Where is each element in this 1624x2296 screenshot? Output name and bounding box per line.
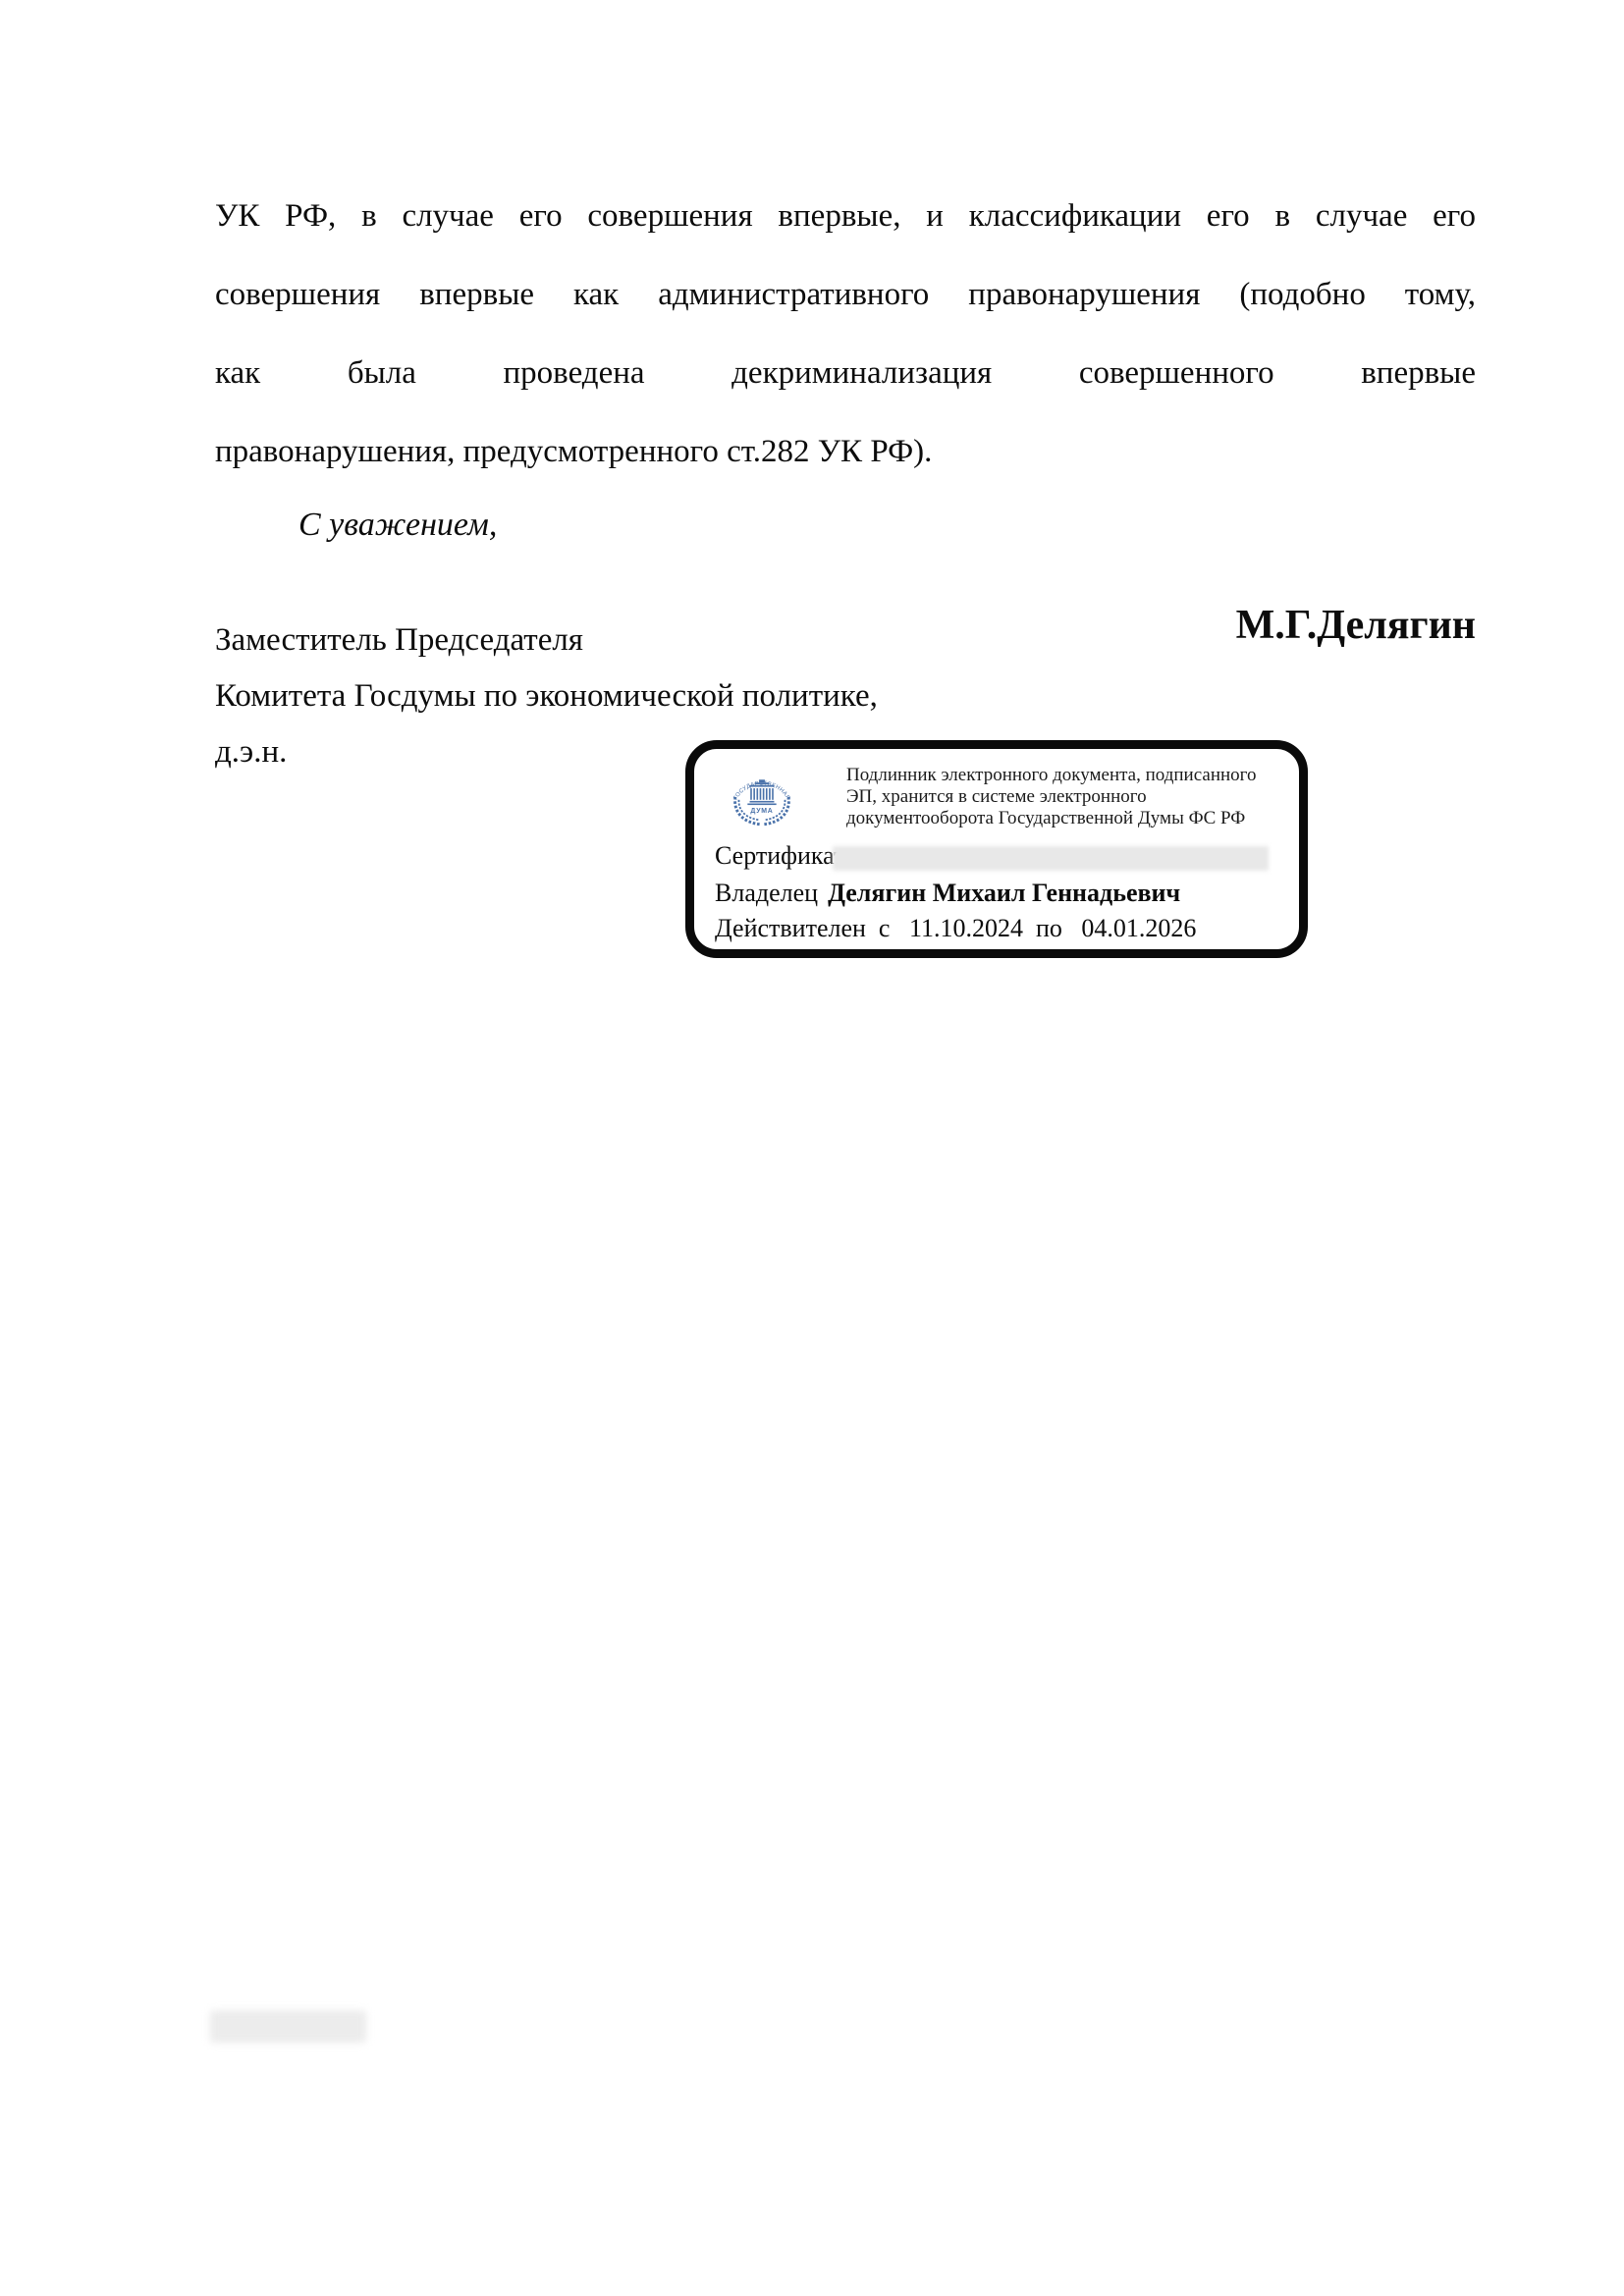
- stamp-description-line: ЭП, хранится в системе электронного: [846, 786, 1288, 808]
- stamp-description-line: Подлинник электронного документа, подпис…: [846, 765, 1288, 786]
- signer-name: М.Г.Делягин: [1083, 601, 1476, 650]
- validity-row: Действителен с 11.10.2024 по 04.01.2026: [715, 913, 1196, 944]
- letter-page: УК РФ, в случае его совершения впервые, …: [0, 0, 1624, 2296]
- signer-position-line: Заместитель Председателя: [215, 613, 1099, 668]
- owner-name: Делягин Михаил Геннадьевич: [828, 879, 1180, 907]
- body-line: правонарушения, предусмотренного ст.282 …: [215, 412, 1476, 491]
- redacted-text-blob: [210, 2010, 366, 2043]
- certificate-number-redacted: [833, 846, 1269, 871]
- owner-row: ВладелецДелягин Михаил Геннадьевич: [715, 878, 1180, 909]
- stamp-description: Подлинник электронного документа, подпис…: [846, 765, 1288, 829]
- body-paragraph: УК РФ, в случае его совершения впервые, …: [215, 177, 1476, 491]
- body-line: УК РФ, в случае его совершения впервые, …: [215, 177, 1476, 255]
- body-line: как была проведена декриминализация сове…: [215, 334, 1476, 412]
- closing-salutation: С уважением,: [298, 496, 497, 555]
- owner-label: Владелец: [715, 879, 818, 907]
- body-line: совершения впервые как административного…: [215, 255, 1476, 334]
- certificate-label: Сертификат: [715, 840, 844, 872]
- duma-emblem-icon: ГОСУДАРСТВЕННАЯ: [725, 770, 799, 834]
- stamp-description-line: документооборота Государственной Думы ФС…: [846, 808, 1288, 829]
- svg-text:ДУМА: ДУМА: [750, 808, 773, 815]
- signer-position-line: Комитета Госдумы по экономической полити…: [215, 668, 1099, 724]
- digital-signature-stamp: ГОСУДАРСТВЕННАЯ: [685, 740, 1308, 958]
